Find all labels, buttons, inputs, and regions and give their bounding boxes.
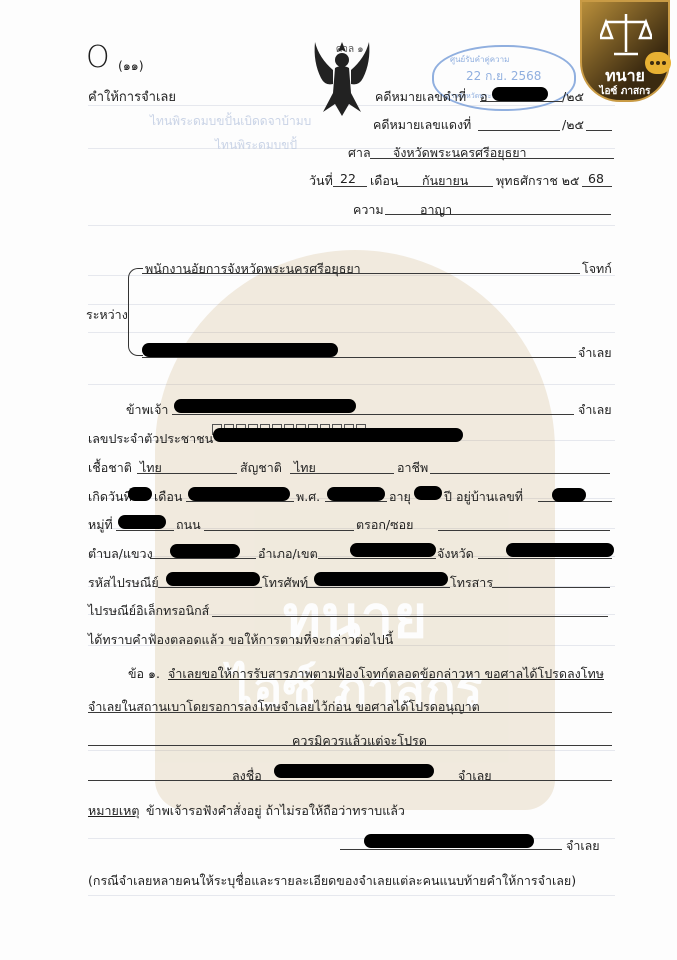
note-sign-role: จำเลย (566, 836, 600, 856)
date-month: กันยายน (422, 171, 468, 191)
scales-of-justice-icon (600, 10, 652, 60)
moo-label: หมู่ที่ (88, 515, 113, 535)
phone-label: โทรศัพท์ (262, 573, 308, 593)
redacted-id-number (213, 428, 463, 442)
district-label: อำเภอ/เขต (258, 544, 318, 564)
document-page: ทนาย ไอซ์ ภาสกร ศาล ๑ O (๑๑) คำให้การจำเ… (0, 0, 677, 960)
redacted-case-number (492, 87, 548, 101)
clause-text-line1: จำเลยขอให้การรับสารภาพตามฟ้องโจทก์ตลอดข้… (168, 664, 604, 684)
occupation-label: อาชีพ (397, 458, 428, 478)
faint-header-2: ไทนพิระดมบขปั้ (215, 136, 297, 155)
form-title: คำให้การจำเลย (88, 86, 176, 107)
redacted-moo (118, 515, 166, 529)
i-role: จำเลย (578, 400, 612, 420)
date-month-label: เดือน (370, 171, 398, 191)
redacted-subdistrict (170, 544, 240, 558)
form-code: O (86, 40, 110, 75)
faint-header-1: ไทนพิระดมบขปั้นเบิดดจาบ้ามบ (150, 112, 311, 131)
fax-label: โทรสาร (450, 573, 493, 593)
id-label: เลขประจำตัวประชาชน (88, 429, 213, 449)
nationality-label: สัญชาติ (240, 458, 282, 478)
subdistrict-label: ตำบล/แขวง (88, 544, 153, 564)
nationality-value: ไทย (294, 458, 316, 478)
brace (128, 268, 143, 356)
ethnicity-label: เชื้อชาติ (88, 458, 132, 478)
footer-note: (กรณีจำเลยหลายคนให้ระบุชื่อและรายละเอียด… (88, 871, 576, 891)
house-number-label: อยู่บ้านเลขที่ (456, 487, 523, 507)
between-label: ระหว่าง (86, 305, 128, 325)
redacted-birth-day (128, 487, 152, 501)
road-label: ถนน (176, 515, 201, 535)
case-black-year: /๒๕ (562, 87, 584, 107)
date-day-label: วันที่ (309, 171, 333, 191)
redacted-defendant-name (142, 343, 338, 357)
redacted-note-signature (364, 834, 534, 848)
clause-label: ข้อ ๑. (128, 664, 160, 684)
redacted-house-number (552, 488, 586, 502)
soi-label: ตรอก/ซอย (356, 515, 413, 535)
case-black-prefix: อ (480, 87, 488, 107)
redacted-birth-month (188, 487, 290, 501)
watermark-subtext: ไอซ์ ภาสกร (155, 650, 555, 729)
date-year: 68 (588, 171, 604, 186)
date-year-label: พุทธศักราช ๒๕ (496, 171, 580, 191)
chat-bubble-icon (645, 52, 671, 74)
plaintiff-name: พนักงานอัยการจังหวัดพระนครศรีอยุธยา (145, 259, 361, 279)
stamp-date: 22 ก.ย. 2568 (466, 67, 541, 86)
brand-logo: ทนาย ไอซ์ ภาสกร (580, 0, 670, 102)
redacted-district (350, 543, 436, 557)
note-label: หมายเหตุ (88, 801, 139, 821)
redacted-birth-year (327, 487, 385, 501)
case-black-label: คดีหมายเลขดำที่ (375, 87, 466, 107)
note-text: ข้าพเจ้ารอฟังคำสั่งอยู่ ถ้าไม่รอให้ถือว่… (146, 801, 405, 821)
redacted-signature (274, 764, 434, 778)
closing-statement: ควรมิควรแล้วแต่จะโปรด (292, 731, 427, 751)
court-label: ศาล (348, 143, 371, 163)
court-value: จังหวัดพระนครศรีอยุธยา (393, 143, 527, 163)
redacted-postcode (166, 572, 260, 586)
sign-role: จำเลย (458, 766, 492, 786)
i-label: ข้าพเจ้า (126, 400, 168, 420)
ack-statement: ได้ทราบคำฟ้องตลอดแล้ว ขอให้การตามที่จะกล… (88, 630, 393, 650)
case-red-label: คดีหมายเลขแดงที่ (373, 115, 471, 135)
plaintiff-label: โจทก์ (582, 259, 612, 279)
redacted-age (414, 486, 442, 500)
matter-label: ความ (353, 200, 384, 220)
defendant-label: จำเลย (578, 343, 612, 363)
postcode-label: รหัสไปรษณีย์ (88, 573, 159, 593)
clause-text-line2: จำเลยในสถานเบาโดยรอการลงโทษจำเลยไว้ก่อน … (88, 697, 480, 717)
date-day: 22 (340, 171, 356, 186)
matter-value: อาญา (420, 200, 452, 220)
redacted-phone (314, 572, 448, 586)
logo-line2: ไอซ์ ภาสกร (582, 84, 668, 99)
birth-day-label: เกิดวันที่ (88, 487, 132, 507)
stamp-top-text: ศูนย์รับคำคู่ความ (450, 53, 509, 66)
age-unit: ปี (444, 487, 452, 507)
form-number: (๑๑) (118, 56, 144, 76)
case-red-year: /๒๕ (562, 115, 584, 135)
email-label: ไปรษณีย์อิเล็กทรอนิกส์ (88, 601, 209, 621)
redacted-province (506, 543, 614, 557)
birth-year-label: พ.ศ. (296, 487, 320, 507)
birth-month-label: เดือน (154, 487, 182, 507)
garuda-emblem-icon (311, 38, 373, 120)
province-label: จังหวัด (437, 544, 474, 564)
redacted-self-name (174, 399, 356, 413)
sign-label: ลงชื่อ (232, 766, 262, 786)
age-label: อายุ (389, 487, 411, 507)
ethnicity-value: ไทย (140, 458, 162, 478)
